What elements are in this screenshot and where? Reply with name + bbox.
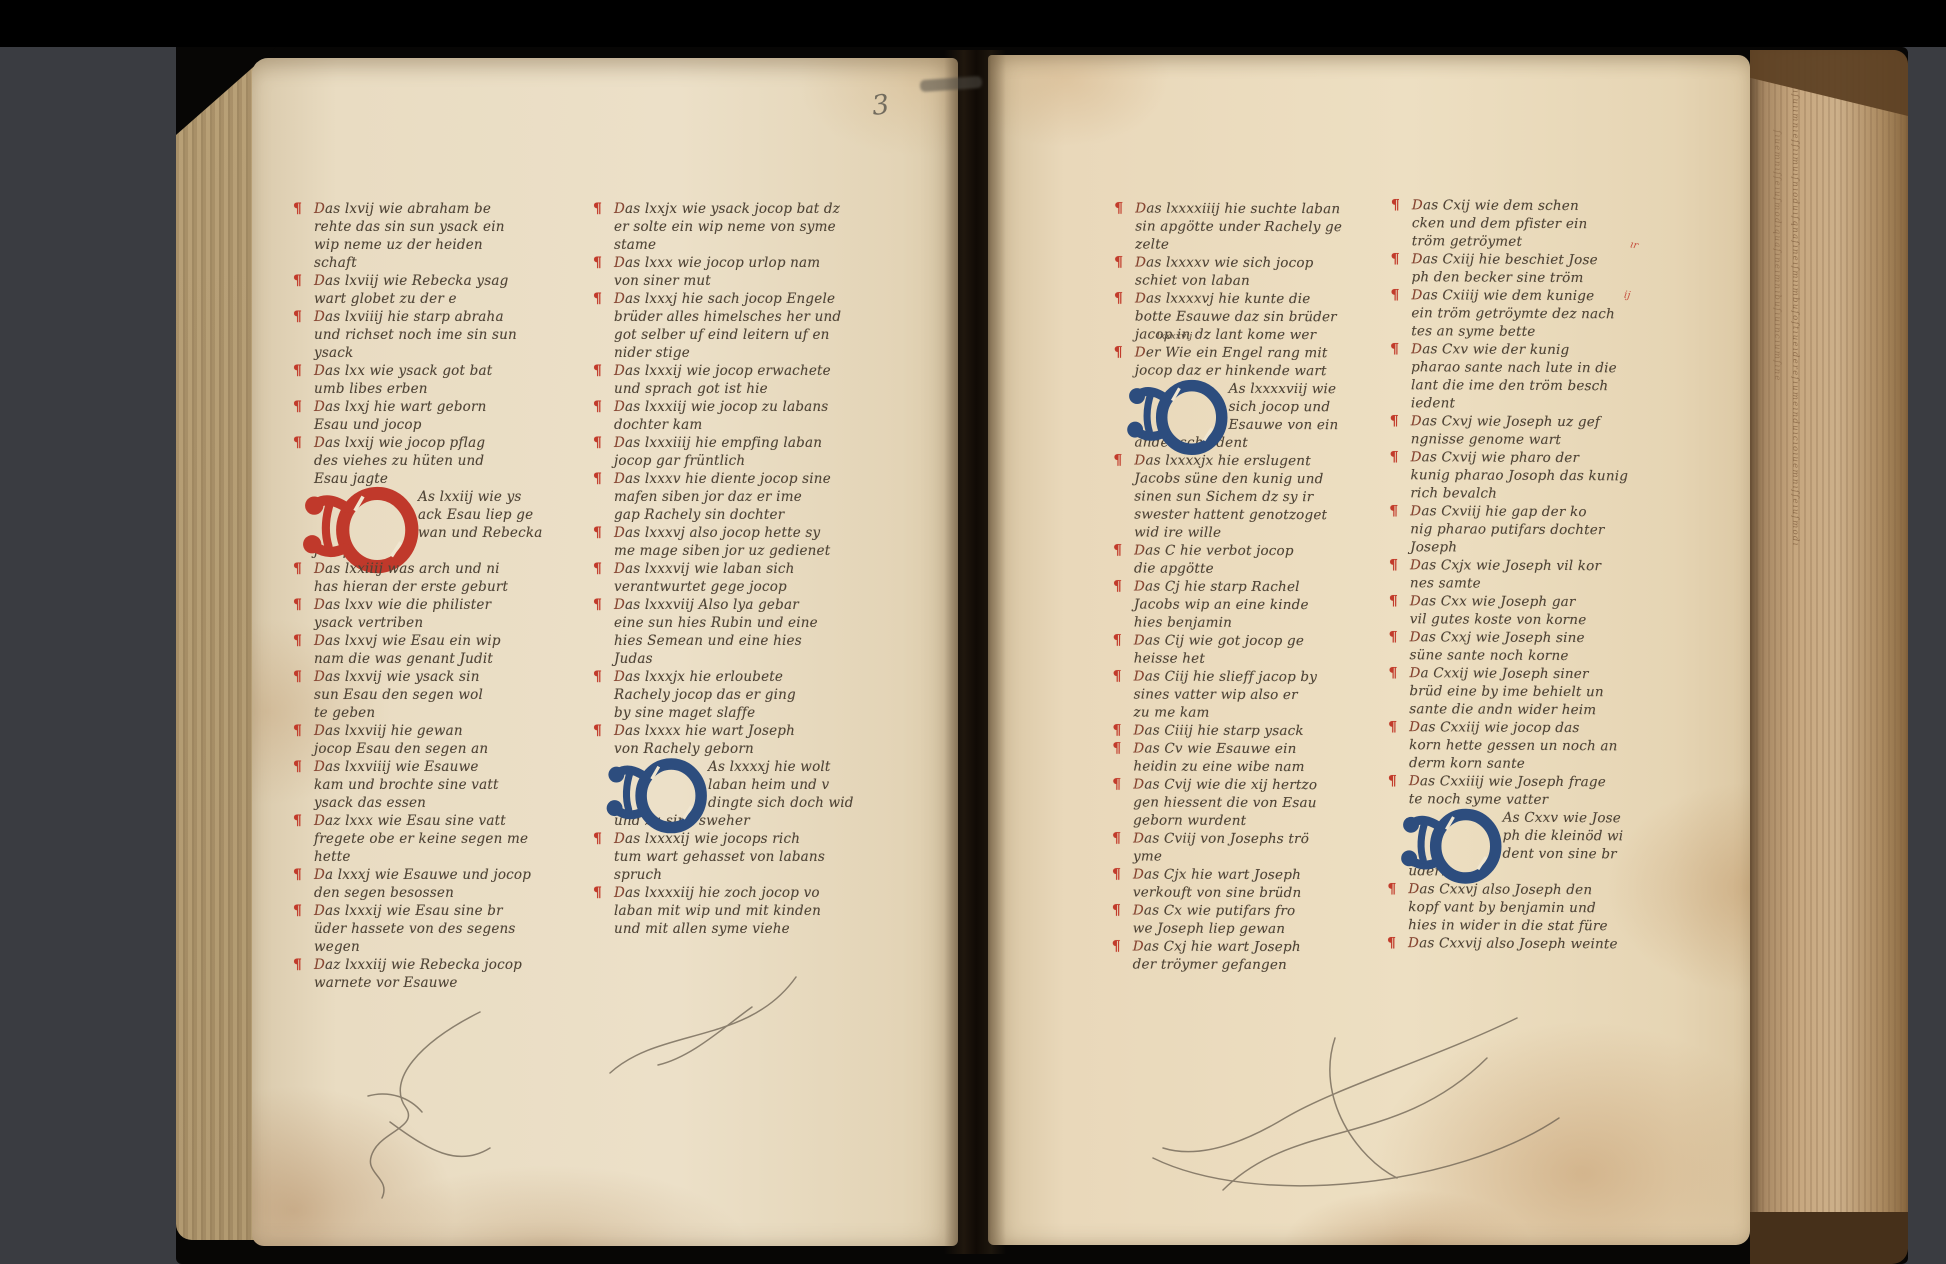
text-line: Das lxxviij hie gewan bbox=[314, 722, 614, 740]
text-line: Das lxxx wie jocop urlop nam bbox=[614, 254, 914, 272]
rubricated-letter: D bbox=[614, 291, 625, 307]
pen-flourish bbox=[600, 965, 810, 1080]
text-line: tes an syme bette bbox=[1411, 322, 1721, 342]
left-page-column-1: ¶Das lxvij wie abraham berehte das sin s… bbox=[314, 200, 614, 992]
chapter-entry: ¶Daz lxxxiij wie Rebecka jocopwarnete vo… bbox=[314, 956, 614, 992]
text-line: Das lxx wie ysack got bat bbox=[314, 362, 614, 380]
text-line: wip neme uz der heiden bbox=[314, 236, 614, 254]
text-line: Das lxxxvij wie laban sich bbox=[614, 560, 914, 578]
rubricated-letter: D bbox=[314, 399, 325, 415]
chapter-entry: ¶Das Cxiiij wie dem kunigeein tröm getrö… bbox=[1411, 286, 1721, 342]
pilcrow-icon: ¶ bbox=[1113, 631, 1122, 649]
text-line: nes samte bbox=[1410, 574, 1720, 594]
rubricated-letter: D bbox=[1410, 593, 1421, 609]
rubricated-letter: D bbox=[614, 399, 625, 415]
pilcrow-icon: ¶ bbox=[1112, 739, 1121, 757]
text-line: Daz lxxx wie Esau sine vatt bbox=[314, 812, 614, 830]
binding-leather-bottom bbox=[1750, 1212, 1908, 1264]
text-line: ysack vertriben bbox=[314, 614, 614, 632]
book-leaf-edges-left bbox=[176, 58, 262, 1240]
text-line: rich bevalch bbox=[1410, 484, 1720, 504]
text-line: Das Cxxiij wie jocop das bbox=[1409, 718, 1719, 738]
text-line: Judas bbox=[614, 650, 914, 668]
pilcrow-icon: ¶ bbox=[1112, 865, 1121, 883]
chapter-entry-with-initial: As Cxxv wie Joseph die kleinöd wident vo… bbox=[1408, 808, 1718, 882]
chapter-entry: ¶Das lxvij wie abraham berehte das sin s… bbox=[314, 200, 614, 272]
pilcrow-icon: ¶ bbox=[593, 362, 602, 380]
rubricated-letter: D bbox=[1408, 881, 1419, 897]
pilcrow-icon: ¶ bbox=[1388, 772, 1397, 790]
text-line: sines vatter wip also er bbox=[1134, 685, 1434, 704]
rubricated-letter: D bbox=[314, 903, 325, 919]
text-line: verantwurtet gege jocop bbox=[614, 578, 914, 596]
rubricated-letter: D bbox=[1412, 251, 1423, 267]
text-line: Das lxxvij wie ysack sin bbox=[314, 668, 614, 686]
pilcrow-icon: ¶ bbox=[1114, 199, 1123, 217]
rubricated-letter: D bbox=[314, 363, 325, 379]
rubricated-letter: D bbox=[1135, 290, 1146, 306]
chapter-entry: ¶Das Cxviij hie gap der konig pharao put… bbox=[1410, 502, 1720, 558]
pilcrow-icon: ¶ bbox=[293, 668, 302, 686]
pilcrow-icon: ¶ bbox=[1387, 934, 1396, 952]
text-line: nider stige bbox=[614, 344, 914, 362]
chapter-entry: ¶Das Cxxj wie Joseph sinesüne sante noch… bbox=[1410, 628, 1720, 666]
text-line: eine sun hies Rubin und eine bbox=[614, 614, 914, 632]
text-line: schaft bbox=[314, 254, 614, 272]
text-line: Das Cxx wie Joseph gar bbox=[1410, 592, 1720, 612]
text-line: Das Cxjx wie Joseph vil kor bbox=[1410, 556, 1720, 576]
pilcrow-icon: ¶ bbox=[593, 524, 602, 542]
rubricated-letter: D bbox=[1410, 503, 1421, 519]
pilcrow-icon: ¶ bbox=[293, 272, 302, 290]
text-line: ph den becker sine tröm bbox=[1412, 268, 1722, 288]
chapter-entry: ¶Das lxxvij wie ysack sinsun Esau den se… bbox=[314, 668, 614, 722]
pilcrow-icon: ¶ bbox=[1389, 628, 1398, 646]
chapter-entry: ¶Das lxxxvj also jocop hette syme mage s… bbox=[614, 524, 914, 560]
pilcrow-icon: ¶ bbox=[1113, 541, 1122, 559]
text-line: Das lxxvj wie Esau ein wip bbox=[314, 632, 614, 650]
interlinear-chapter-number: lxxxxvij bbox=[1157, 333, 1193, 342]
text-line: und richset noch ime sin sun bbox=[314, 326, 614, 344]
chapter-entry: ¶Das lxxvj wie Esau ein wipnam die was g… bbox=[314, 632, 614, 668]
rubricated-letter: D bbox=[314, 597, 325, 613]
rubricated-letter: D bbox=[314, 957, 325, 973]
text-line: wegen bbox=[314, 938, 614, 956]
text-line: vil gutes koste von korne bbox=[1410, 610, 1720, 630]
text-line: üder hassete von des segens bbox=[314, 920, 614, 938]
text-line: Das lxviiij hie starp abraha bbox=[314, 308, 614, 326]
chapter-entry: ¶Das lxxv wie die philisterysack vertrib… bbox=[314, 596, 614, 632]
pilcrow-icon: ¶ bbox=[1389, 592, 1398, 610]
text-line: te geben bbox=[314, 704, 614, 722]
rubricated-letter: D bbox=[1133, 722, 1144, 738]
text-line: nam die was genant Judit bbox=[314, 650, 614, 668]
pilcrow-icon: ¶ bbox=[293, 812, 302, 830]
chapter-entry: ¶Das Cxvij wie pharo derkunig pharao Jos… bbox=[1410, 448, 1720, 504]
pilcrow-icon: ¶ bbox=[293, 632, 302, 650]
pilcrow-icon: ¶ bbox=[1388, 664, 1397, 682]
chapter-entry: ¶Das lxxviij hie gewanjocop Esau den seg… bbox=[314, 722, 614, 758]
rubricated-letter: D bbox=[1133, 866, 1144, 882]
text-line: fregete obe er keine segen me bbox=[314, 830, 614, 848]
text-line: ysack bbox=[314, 344, 614, 362]
rubricated-letter: D bbox=[314, 723, 325, 739]
chapter-entry: ¶Das Cxiij hie beschiet Joseph den becke… bbox=[1412, 250, 1722, 288]
fore-edge-marginalia: ſıuemnıſſeıuſmodıquaſıneımnıbuſıuıncıumſ… bbox=[1772, 130, 1782, 382]
text-line: Das Cviij von Josephs trö bbox=[1133, 829, 1433, 848]
text-line: und mit allen syme viehe bbox=[614, 920, 914, 938]
text-line: hies in wider in die stat füre bbox=[1408, 916, 1718, 936]
rubricated-letter: D bbox=[1408, 935, 1419, 951]
chapter-entry: ¶Das Cxxiij wie jocop daskorn hette gess… bbox=[1409, 718, 1719, 774]
pilcrow-icon: ¶ bbox=[293, 200, 302, 218]
text-line: hette bbox=[314, 848, 614, 866]
chapter-entry: ¶Das lxxxj hie sach jocop Engelebrüder a… bbox=[614, 290, 914, 362]
chapter-entry: ¶Da lxxxj wie Esauwe und jocopden segen … bbox=[314, 866, 614, 902]
chapter-entry: ¶Das Cx wie putifars frowe Joseph liep g… bbox=[1133, 901, 1433, 938]
pilcrow-icon: ¶ bbox=[1390, 340, 1399, 358]
chapter-entry: ¶Das Cxvj wie Joseph uz gefngnisse genom… bbox=[1411, 412, 1721, 450]
rubricated-letter: D bbox=[614, 201, 625, 217]
pilcrow-icon: ¶ bbox=[293, 866, 302, 884]
text-line: sante die andn wider heim bbox=[1409, 700, 1719, 720]
text-line: Esau und jocop bbox=[314, 416, 614, 434]
pilcrow-icon: ¶ bbox=[1387, 880, 1396, 898]
pilcrow-icon: ¶ bbox=[593, 398, 602, 416]
pilcrow-icon: ¶ bbox=[1390, 286, 1399, 304]
pilcrow-icon: ¶ bbox=[293, 956, 302, 974]
text-line: Das lxxxviij Also lya gebar bbox=[614, 596, 914, 614]
pilcrow-icon: ¶ bbox=[293, 434, 302, 452]
lombard-initial-blue-d bbox=[1135, 379, 1229, 433]
rubricated-letter: D bbox=[1133, 902, 1144, 918]
rubricated-letter: D bbox=[1411, 413, 1422, 429]
chapter-entry: ¶Das lxxxx hie wart Josephvon Rachely ge… bbox=[614, 722, 914, 758]
text-line: korn hette gessen un noch an bbox=[1409, 736, 1719, 756]
text-line: Da Cxxij wie Joseph siner bbox=[1409, 664, 1719, 684]
text-line: ysack das essen bbox=[314, 794, 614, 812]
rubricated-letter: D bbox=[1134, 632, 1145, 648]
rubricated-letter: D bbox=[614, 669, 625, 685]
text-line: rehte das sin sun ysack ein bbox=[314, 218, 614, 236]
text-line: brüd eine by ime behielt un bbox=[1409, 682, 1719, 702]
text-line: er solte ein wip neme von syme bbox=[614, 218, 914, 236]
text-line: Das lxxxx hie wart Joseph bbox=[614, 722, 914, 740]
chapter-entry: ¶Das Cxx wie Joseph garvil gutes koste v… bbox=[1410, 592, 1720, 630]
text-line: has hieran der erste geburt bbox=[314, 578, 614, 596]
chapter-entry: ¶Das Cxjx wie Joseph vil kornes samte bbox=[1410, 556, 1720, 594]
text-line: sun Esau den segen wol bbox=[314, 686, 614, 704]
text-line: der tröymer gefangen bbox=[1133, 955, 1433, 974]
text-line: iedent bbox=[1411, 394, 1721, 414]
text-line: Jacobs süne den kunig und bbox=[1134, 469, 1434, 488]
text-line: tum wart gehasset von labans bbox=[614, 848, 914, 866]
pilcrow-icon: ¶ bbox=[1112, 775, 1121, 793]
lombard-initial-red-d bbox=[314, 488, 418, 542]
text-line: wart globet zu der e bbox=[314, 290, 614, 308]
pilcrow-icon: ¶ bbox=[1390, 448, 1399, 466]
chapter-entry: ¶Das lxxxxij wie jocops richtum wart geh… bbox=[614, 830, 914, 884]
pilcrow-icon: ¶ bbox=[293, 308, 302, 326]
chapter-entry: ¶Das lxviij wie Rebecka ysagwart globet … bbox=[314, 272, 614, 308]
chapter-entry: ¶Das lxxxvij wie laban sichverantwurtet … bbox=[614, 560, 914, 596]
text-line: Das lxxxvj also jocop hette sy bbox=[614, 524, 914, 542]
pilcrow-icon: ¶ bbox=[293, 722, 302, 740]
text-line: Das Cx wie putifars fro bbox=[1133, 901, 1433, 920]
chapter-entry: ¶Das lxxxjx hie erloubeteRachely jocop d… bbox=[614, 668, 914, 722]
text-line: wid ire wille bbox=[1134, 523, 1434, 542]
chapter-entry: ¶Das Cv wie Esauwe einheidin zu eine wib… bbox=[1133, 739, 1433, 776]
rubricated-letter: D bbox=[314, 759, 325, 775]
text-line: yme bbox=[1133, 847, 1433, 866]
pilcrow-icon: ¶ bbox=[293, 560, 302, 578]
text-line: Rachely jocop das er ging bbox=[614, 686, 914, 704]
text-line: Das lxxv wie die philister bbox=[314, 596, 614, 614]
text-line: Das lxxij wie jocop pflag bbox=[314, 434, 614, 452]
rubricated-letter: D bbox=[614, 723, 625, 739]
page-number: 3 bbox=[870, 89, 891, 122]
chapter-entry: ¶Das lxxxiiij hie empfing labanjocop gar… bbox=[614, 434, 914, 470]
pen-flourish bbox=[330, 1000, 500, 1205]
chapter-entry: ¶Das lxxxij wie jocop erwacheteund sprac… bbox=[614, 362, 914, 398]
rubricated-letter: D bbox=[1411, 341, 1422, 357]
pilcrow-icon: ¶ bbox=[593, 560, 602, 578]
text-line: Das lxxxxij wie jocops rich bbox=[614, 830, 914, 848]
text-line: pharao sante nach lute in die bbox=[1411, 358, 1721, 378]
rubricated-letter: D bbox=[614, 525, 625, 541]
pilcrow-icon: ¶ bbox=[293, 362, 302, 380]
rubricated-letter: D bbox=[1409, 773, 1420, 789]
rubricated-letter: D bbox=[1133, 938, 1144, 954]
text-line: Das Cxxj wie Joseph sine bbox=[1410, 628, 1720, 648]
pilcrow-icon: ¶ bbox=[293, 902, 302, 920]
text-line: stame bbox=[614, 236, 914, 254]
pilcrow-icon: ¶ bbox=[1390, 412, 1399, 430]
text-line: nig pharao putifars dochter bbox=[1410, 520, 1720, 540]
chapter-entry: ¶Das lxxxij wie Esau sine brüder hassete… bbox=[314, 902, 614, 956]
photo-top-band bbox=[0, 0, 1946, 47]
text-line: ngnisse genome wart bbox=[1411, 430, 1721, 450]
rubricated-letter: D bbox=[1409, 719, 1420, 735]
text-line: dochter kam bbox=[614, 416, 914, 434]
rubricated-letter: D bbox=[1134, 668, 1145, 684]
pilcrow-icon: ¶ bbox=[1114, 253, 1123, 271]
rubricated-letter: D bbox=[1411, 287, 1422, 303]
rubricated-letter: D bbox=[1134, 452, 1145, 468]
pilcrow-icon: ¶ bbox=[1113, 577, 1122, 595]
pilcrow-icon: ¶ bbox=[593, 596, 602, 614]
rubricated-letter: D bbox=[314, 867, 325, 883]
chapter-entry: ¶Das Cxij wie dem schencken und dem pfis… bbox=[1412, 196, 1722, 252]
text-line: süne sante noch korne bbox=[1410, 646, 1720, 666]
text-line: Das Cxiiij wie dem kunige bbox=[1411, 286, 1721, 306]
pilcrow-icon: ¶ bbox=[1112, 829, 1121, 847]
pilcrow-icon: ¶ bbox=[593, 254, 602, 272]
text-line: lant die ime den tröm besch bbox=[1411, 376, 1721, 396]
pilcrow-icon: ¶ bbox=[593, 722, 602, 740]
text-line: cken und dem pfister ein bbox=[1412, 214, 1722, 234]
rubricated-letter: D bbox=[1411, 449, 1422, 465]
rubricated-letter: D bbox=[1134, 578, 1145, 594]
chapter-entry-with-initial: As lxxxxj hie woltlaban heim und vdingte… bbox=[614, 758, 914, 830]
rubricated-letter: D bbox=[1135, 254, 1146, 270]
text-line: Das lxxxv hie diente jocop sine bbox=[614, 470, 914, 488]
pilcrow-icon: ¶ bbox=[1114, 289, 1123, 307]
rubricated-letter: D bbox=[1133, 740, 1144, 756]
text-line: Das lxxjx wie ysack jocop bat dz bbox=[614, 200, 914, 218]
text-line: got selber uf eind leitern uf en bbox=[614, 326, 914, 344]
text-line: gap Rachely sin dochter bbox=[614, 506, 914, 524]
text-line: Das lxxxj hie sach jocop Engele bbox=[614, 290, 914, 308]
chapter-entry-with-initial: As lxxiij wie ysack Esau liep gewan und … bbox=[314, 488, 614, 560]
text-line: gen hiessent die von Esau bbox=[1133, 793, 1433, 812]
pilcrow-icon: ¶ bbox=[1391, 196, 1400, 214]
rubricated-letter: D bbox=[1135, 344, 1146, 360]
text-line: Das lxxxxiij hie zoch jocop vo bbox=[614, 884, 914, 902]
text-line: Das Cxxiiij wie Joseph frage bbox=[1409, 772, 1719, 792]
pilcrow-icon: ¶ bbox=[1388, 718, 1397, 736]
text-line: brüder alles himelsches her und bbox=[614, 308, 914, 326]
rubricated-letter: D bbox=[614, 435, 625, 451]
chapter-entry: ¶Das lxxiiij was arch und nihas hieran d… bbox=[314, 560, 614, 596]
rubricated-letter: D bbox=[1409, 665, 1420, 681]
text-line: Das Cv wie Esauwe ein bbox=[1133, 739, 1433, 758]
pilcrow-icon: ¶ bbox=[1113, 667, 1122, 685]
pilcrow-icon: ¶ bbox=[293, 758, 302, 776]
pilcrow-icon: ¶ bbox=[1112, 901, 1121, 919]
rubricated-letter: D bbox=[314, 435, 325, 451]
text-line: Das lxxiiij was arch und ni bbox=[314, 560, 614, 578]
text-line: von siner mut bbox=[614, 272, 914, 290]
chapter-entry: ¶Das lxxj hie wart gebornEsau und jocop bbox=[314, 398, 614, 434]
lombard-initial-blue-d bbox=[1408, 808, 1502, 862]
rubricated-letter: D bbox=[1134, 542, 1145, 558]
text-line: ein tröm getröymte dez nach bbox=[1411, 304, 1721, 324]
pilcrow-icon: ¶ bbox=[1112, 937, 1121, 955]
text-line: umb libes erben bbox=[314, 380, 614, 398]
pilcrow-icon: ¶ bbox=[593, 470, 602, 488]
chapter-entry: ¶Das lxxxv hie diente jocop sinemafen si… bbox=[614, 470, 914, 524]
rubricated-letter: D bbox=[314, 561, 325, 577]
text-line: Daz lxxxiij wie Rebecka jocop bbox=[314, 956, 614, 974]
text-line: jocop Esau den segen an bbox=[314, 740, 614, 758]
text-line: Das Cxij wie dem schen bbox=[1412, 196, 1722, 216]
fore-edge-marginalia: ııſuıımnıeſſıımuıſnıoduıſqnaſıneıſmıımbu… bbox=[1790, 86, 1800, 547]
chapter-entry: ¶Das lxxviiij wie Esauwekam und brochte … bbox=[314, 758, 614, 812]
text-line: kopf vant by benjamin und bbox=[1408, 898, 1718, 918]
pilcrow-icon: ¶ bbox=[593, 290, 602, 308]
text-line: tröm getröymet bbox=[1412, 232, 1722, 252]
chapter-entry: ¶Das lxxx wie jocop urlop namvon siner m… bbox=[614, 254, 914, 290]
text-line: den segen besossen bbox=[314, 884, 614, 902]
text-line: des viehes zu hüten und bbox=[314, 452, 614, 470]
text-line: sin apgötte under Rachely ge bbox=[1135, 217, 1435, 236]
chapter-entry: ¶Das Cxxvij also Joseph weinte bbox=[1408, 934, 1718, 954]
text-line: Joseph bbox=[1410, 538, 1720, 558]
text-line: Da lxxxj wie Esauwe und jocop bbox=[314, 866, 614, 884]
text-line: Das Cxxvj also Joseph den bbox=[1408, 880, 1718, 900]
text-line: Das lxxviiij wie Esauwe bbox=[314, 758, 614, 776]
pilcrow-icon: ¶ bbox=[593, 830, 602, 848]
text-line: kunig pharao Josoph das kunig bbox=[1410, 466, 1720, 486]
text-line: Das lxxj hie wart geborn bbox=[314, 398, 614, 416]
text-line: Das lxxxiiij hie empfing laban bbox=[614, 434, 914, 452]
rubricated-letter: D bbox=[1135, 200, 1146, 216]
pilcrow-icon: ¶ bbox=[1389, 502, 1398, 520]
pilcrow-icon: ¶ bbox=[1114, 343, 1123, 361]
rubricated-letter: D bbox=[314, 669, 325, 685]
chapter-entry: ¶Daz lxxx wie Esau sine vattfregete obe … bbox=[314, 812, 614, 866]
text-line: Das lxvij wie abraham be bbox=[314, 200, 614, 218]
text-line: Das Cxviij hie gap der ko bbox=[1410, 502, 1720, 522]
text-line: Das lxxxij wie Esau sine br bbox=[314, 902, 614, 920]
text-line: warnete vor Esauwe bbox=[314, 974, 614, 992]
text-line: und sprach got ist hie bbox=[614, 380, 914, 398]
text-line: Das lxxxjx hie erloubete bbox=[614, 668, 914, 686]
pilcrow-icon: ¶ bbox=[293, 596, 302, 614]
chapter-entry: ¶Das lxxxiij wie jocop zu labansdochter … bbox=[614, 398, 914, 434]
text-line: kam und brochte sine vatt bbox=[314, 776, 614, 794]
text-line: mafen siben jor daz er ime bbox=[614, 488, 914, 506]
pilcrow-icon: ¶ bbox=[293, 398, 302, 416]
pilcrow-icon: ¶ bbox=[593, 434, 602, 452]
text-line: Das lxxxiij wie jocop zu labans bbox=[614, 398, 914, 416]
text-line: Das Cxv wie der kunig bbox=[1411, 340, 1721, 360]
pilcrow-icon: ¶ bbox=[1389, 556, 1398, 574]
chapter-entry: ¶Das lxx wie ysack got batumb libes erbe… bbox=[314, 362, 614, 398]
rubricated-letter: D bbox=[1133, 830, 1144, 846]
rubricated-letter: D bbox=[314, 201, 325, 217]
left-page-column-2: ¶Das lxxjx wie ysack jocop bat dzer solt… bbox=[614, 200, 914, 938]
text-line: Das Cxiij hie beschiet Jose bbox=[1412, 250, 1722, 270]
rubricated-letter: D bbox=[1410, 629, 1421, 645]
chapter-entry: ¶Das Cxxvj also Joseph denkopf vant by b… bbox=[1408, 880, 1718, 936]
text-line: Das Cxvj wie Joseph uz gef bbox=[1411, 412, 1721, 432]
pilcrow-icon: ¶ bbox=[1391, 250, 1400, 268]
chapter-entry: ¶Das Cviij von Josephs tröyme bbox=[1133, 829, 1433, 866]
text-line: Das lxxxij wie jocop erwachete bbox=[614, 362, 914, 380]
chapter-entry: ¶Das lxxij wie jocop pflagdes viehes zu … bbox=[314, 434, 614, 488]
rubricated-letter: D bbox=[614, 471, 625, 487]
rubricated-letter: D bbox=[314, 813, 325, 829]
chapter-entry: ¶Da Cxxij wie Joseph sinerbrüd eine by i… bbox=[1409, 664, 1719, 720]
chapter-entry: ¶Das lxviiij hie starp abrahaund richset… bbox=[314, 308, 614, 362]
text-line: Das lxviij wie Rebecka ysag bbox=[314, 272, 614, 290]
chapter-entry: ¶Das Cxv wie der kunigpharao sante nach … bbox=[1411, 340, 1721, 414]
pilcrow-icon: ¶ bbox=[593, 200, 602, 218]
text-line: by sine maget slaffe bbox=[614, 704, 914, 722]
text-line: laban mit wip und mit kinden bbox=[614, 902, 914, 920]
rubricated-letter: D bbox=[314, 273, 325, 289]
rubricated-letter: D bbox=[614, 597, 625, 613]
chapter-entry: ¶Das lxxxxiij hie zoch jocop volaban mit… bbox=[614, 884, 914, 938]
text-line: Das Cxvij wie pharo der bbox=[1411, 448, 1721, 468]
text-line: Das Cxxvij also Joseph weinte bbox=[1408, 934, 1718, 954]
text-line: botte Esauwe daz sin brüder bbox=[1135, 307, 1435, 326]
rubricated-letter: D bbox=[1412, 197, 1423, 213]
book-gutter-shadow bbox=[944, 50, 1006, 1254]
rubricated-letter: D bbox=[314, 633, 325, 649]
right-page-column-1: ¶Das lxxxxiiij hie suchte labansin apgöt… bbox=[1133, 199, 1436, 974]
pilcrow-icon: ¶ bbox=[593, 884, 602, 902]
rubricated-letter: D bbox=[614, 255, 625, 271]
pilcrow-icon: ¶ bbox=[1112, 721, 1121, 739]
rubricated-letter: D bbox=[614, 885, 625, 901]
rubricated-letter: D bbox=[614, 561, 625, 577]
pen-flourish bbox=[1135, 1000, 1565, 1205]
text-line: geborn wurdent bbox=[1133, 811, 1433, 830]
text-line: spruch bbox=[614, 866, 914, 884]
